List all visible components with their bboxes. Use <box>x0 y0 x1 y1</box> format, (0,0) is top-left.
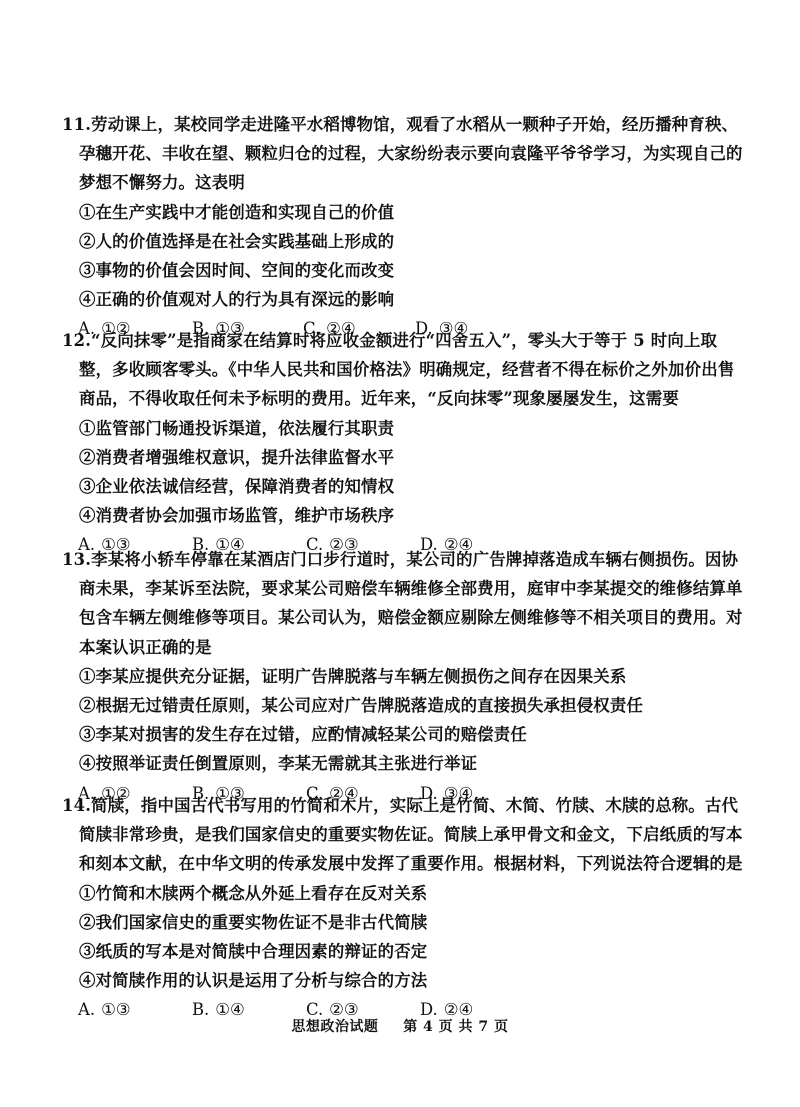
question-stem: 11.劳动课上，某校同学走进隆平水稻博物馆，观看了水稻从一颗种子开始，经历播种育… <box>62 110 692 198</box>
statement-3: ③事物的价值会因时间、空间的变化而改变 <box>62 256 692 285</box>
statement-4: ④按照举证责任倒置原则，李某无需就其主张进行举证 <box>62 749 692 778</box>
stem-line: 包含车辆左侧维修等项目。某公司认为，赔偿金额应剔除左侧维修等不相关项目的费用。对 <box>62 603 692 632</box>
question-11: 11.劳动课上，某校同学走进隆平水稻博物馆，观看了水稻从一颗种子开始，经历播种育… <box>62 110 692 344</box>
statement-1: ①李某应提供充分证据，证明广告牌脱落与车辆左侧损伤之间存在因果关系 <box>62 662 692 691</box>
stem-line: 简牍非常珍贵，是我们国家信史的重要实物佐证。简牍上承甲骨文和金文，下启纸质的写本 <box>62 820 692 849</box>
subject-title: 思想政治试题 <box>291 1016 378 1036</box>
stem-line: 11.劳动课上，某校同学走进隆平水稻博物馆，观看了水稻从一颗种子开始，经历播种育… <box>62 110 692 139</box>
statement-2: ②根据无过错责任原则，某公司应对广告牌脱落造成的直接损失承担侵权责任 <box>62 691 692 720</box>
statement-3: ③李某对损害的发生存在过错，应酌情减轻某公司的赔偿责任 <box>62 720 692 749</box>
stem-line: 商未果，李某诉至法院，要求某公司赔偿车辆维修全部费用，庭审中李某提交的维修结算单 <box>62 574 692 603</box>
statement-1: ①监管部门畅通投诉渠道，依法履行其职责 <box>62 414 692 443</box>
stem-line: 14.简牍，指中国古代书写用的竹简和木片，实际上是竹简、木简、竹牍、木牍的总称。… <box>62 791 692 820</box>
statement-4: ④正确的价值观对人的行为具有深远的影响 <box>62 285 692 314</box>
exam-page: 11.劳动课上，某校同学走进隆平水稻博物馆，观看了水稻从一颗种子开始，经历播种育… <box>0 0 800 1107</box>
question-stem: 14.简牍，指中国古代书写用的竹简和木片，实际上是竹简、木简、竹牍、木牍的总称。… <box>62 791 692 879</box>
statement-3: ③企业依法诚信经营，保障消费者的知情权 <box>62 472 692 501</box>
question-stem: 13.李某将小轿车停靠在某酒店门口步行道时，某公司的广告牌掉落造成车辆右侧损伤。… <box>62 545 692 662</box>
stem-line: 和刻本文献，在中华文明的传承发展中发挥了重要作用。根据材料，下列说法符合逻辑的是 <box>62 849 692 878</box>
page-number: 第 4 页 共 7 页 <box>403 1016 508 1036</box>
statement-2: ②人的价值选择是在社会实践基础上形成的 <box>62 227 692 256</box>
stem-line: 商品，不得收取任何未予标明的费用。近年来，“反向抹零”现象屡屡发生，这需要 <box>62 384 692 413</box>
question-13: 13.李某将小轿车停靠在某酒店门口步行道时，某公司的广告牌掉落造成车辆右侧损伤。… <box>62 545 692 808</box>
stem-line: 本案认识正确的是 <box>62 633 692 662</box>
statement-1: ①在生产实践中才能创造和实现自己的价值 <box>62 198 692 227</box>
page-footer: 思想政治试题 第 4 页 共 7 页 <box>0 1016 800 1036</box>
statement-4: ④对简牍作用的认识是运用了分析与综合的方法 <box>62 966 692 995</box>
stem-line: 整，多收顾客零头。《中华人民共和国价格法》明确规定，经营者不得在标价之外加价出售 <box>62 355 692 384</box>
statement-2: ②消费者增强维权意识，提升法律监督水平 <box>62 443 692 472</box>
stem-line: 13.李某将小轿车停靠在某酒店门口步行道时，某公司的广告牌掉落造成车辆右侧损伤。… <box>62 545 692 574</box>
stem-line: 孕穗开花、丰收在望、颗粒归仓的过程，大家纷纷表示要向袁隆平爷爷学习，为实现自己的 <box>62 139 692 168</box>
statement-4: ④消费者协会加强市场监管，维护市场秩序 <box>62 501 692 530</box>
stem-line: 梦想不懈努力。这表明 <box>62 168 692 197</box>
stem-line: 12.“反向抹零”是指商家在结算时将应收金额进行“四舍五入”，零头大于等于 5 … <box>62 326 692 355</box>
question-12: 12.“反向抹零”是指商家在结算时将应收金额进行“四舍五入”，零头大于等于 5 … <box>62 326 692 560</box>
statement-1: ①竹简和木牍两个概念从外延上看存在反对关系 <box>62 879 692 908</box>
statement-2: ②我们国家信史的重要实物佐证不是非古代简牍 <box>62 908 692 937</box>
question-14: 14.简牍，指中国古代书写用的竹简和木片，实际上是竹简、木简、竹牍、木牍的总称。… <box>62 791 692 1025</box>
question-stem: 12.“反向抹零”是指商家在结算时将应收金额进行“四舍五入”，零头大于等于 5 … <box>62 326 692 414</box>
statement-3: ③纸质的写本是对简牍中合理因素的辩证的否定 <box>62 937 692 966</box>
